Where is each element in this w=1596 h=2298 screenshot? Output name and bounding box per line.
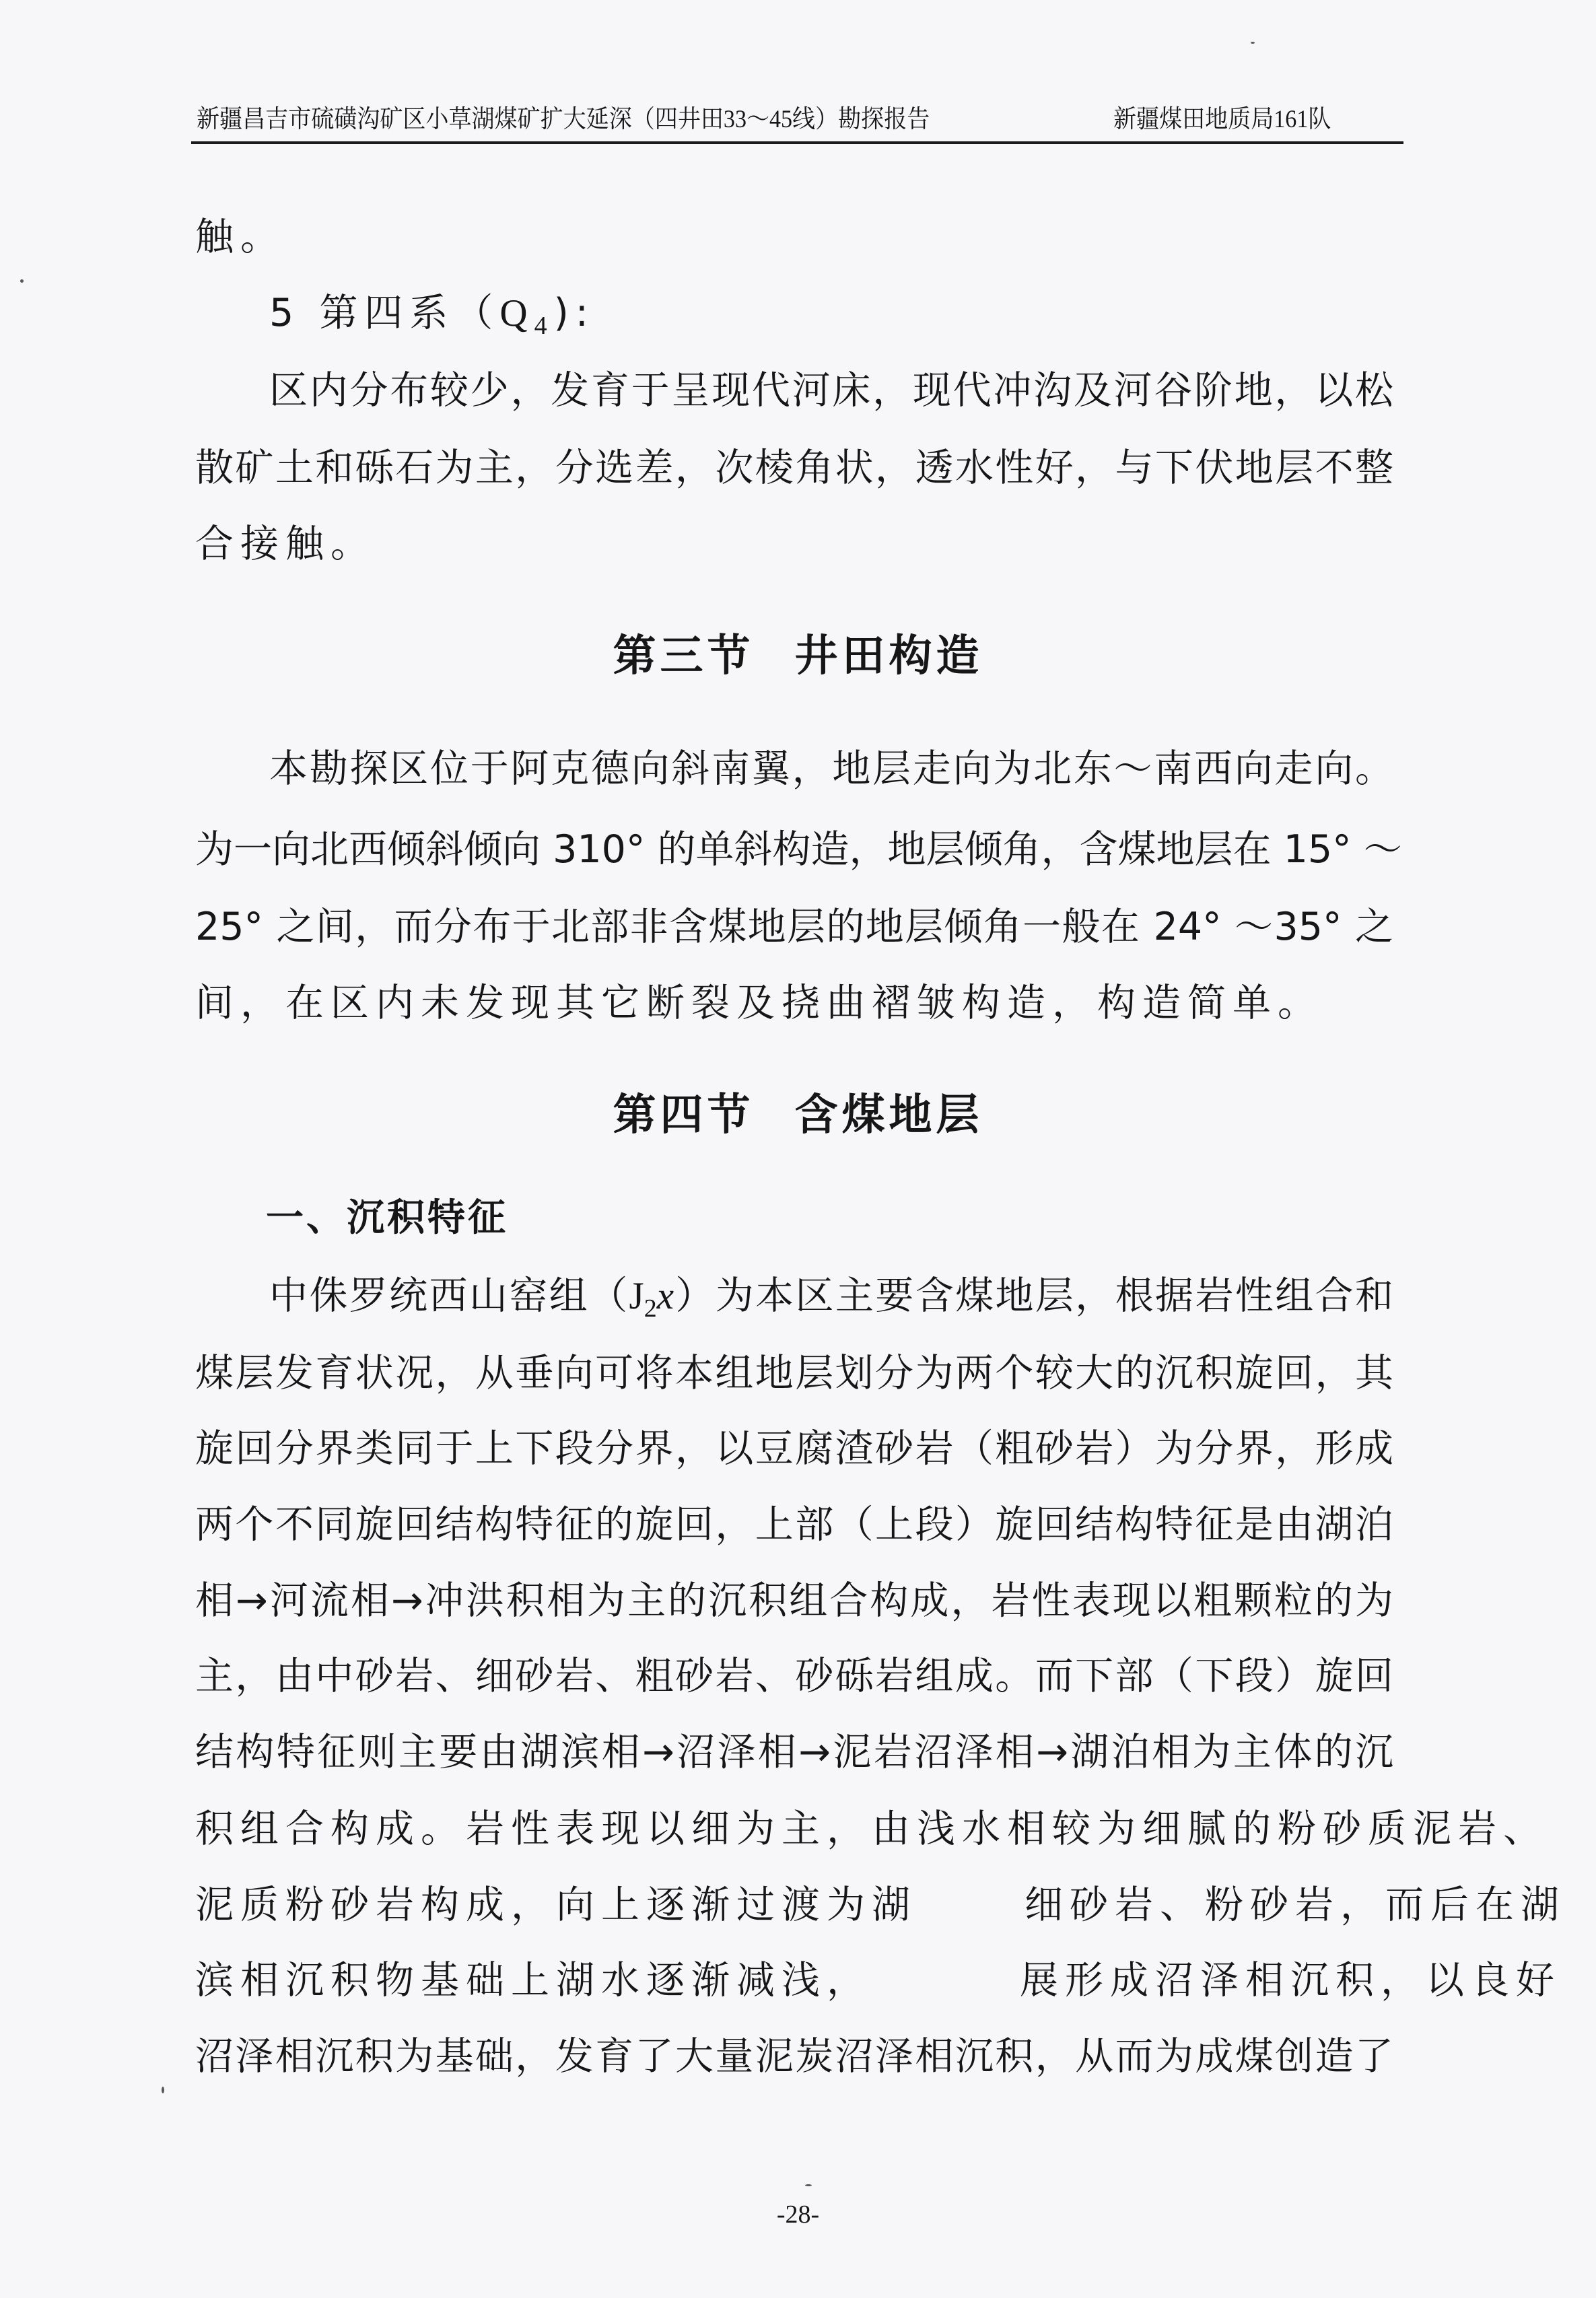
- scan-speck: [162, 2087, 164, 2093]
- quaternary-heading: 5 第四系（Q4):: [269, 286, 1393, 353]
- paragraph-line-damaged: 滨相沉积物基础上湖水逐渐减浅，展形成沼泽相沉积，以良好: [195, 1953, 1393, 2007]
- quaternary-heading-suffix: ):: [554, 291, 595, 335]
- subsection-heading: 一、沉积特征: [266, 1191, 508, 1245]
- paragraph-line: 沼泽相沉积为基础，发育了大量泥炭沼泽相沉积，从而为成煤创造了: [195, 2029, 1393, 2083]
- quaternary-symbol: Q: [499, 292, 534, 335]
- scan-speck: [1251, 42, 1255, 44]
- section-number: 第三节: [613, 631, 755, 681]
- section-title: 含煤地层: [795, 1090, 983, 1140]
- text-span: 泥质粉砂岩构成，向上逐渐过渡为湖: [195, 1883, 917, 1927]
- paragraph-line: 合接触。: [195, 517, 1393, 571]
- paragraph-line: 中侏罗统西山窑组（J2x）为本区主要含煤地层，根据岩性组合和: [269, 1269, 1393, 1335]
- paragraph-line: 为一向北西倾斜倾向 310° 的单斜构造，地层倾角，含煤地层在 15° ～: [195, 823, 1393, 876]
- paragraph-line: 积组合构成。岩性表现以细为主，由浅水相较为细腻的粉砂质泥岩、: [195, 1802, 1393, 1856]
- section-number: 第四节: [613, 1090, 755, 1140]
- paragraph-line: 结构特征则主要由湖滨相→沼泽相→泥岩沼泽相→湖泊相为主体的沉: [195, 1725, 1393, 1779]
- header-organization: 新疆煤田地质局161队: [1113, 98, 1331, 135]
- section-title: 井田构造: [795, 631, 983, 681]
- text-span: 细砂岩、粉砂岩，而后在湖: [1025, 1883, 1566, 1927]
- quaternary-symbol-subscript: 4: [534, 312, 554, 340]
- text-span: 展形成沼泽相沉积，以良好: [1020, 1958, 1561, 2003]
- running-header: 新疆昌吉市硫磺沟矿区小草湖煤矿扩大延深（四井田33～45线）勘探报告 新疆煤田地…: [191, 93, 1403, 144]
- formation-suffix: x: [657, 1275, 674, 1317]
- paragraph-line: 本勘探区位于阿克德向斜南翼，地层走向为北东～南西向走向。: [269, 742, 1393, 796]
- paragraph-line: 煤层发育状况，从垂向可将本组地层划分为两个较大的沉积旋回，其: [195, 1346, 1393, 1400]
- quaternary-heading-prefix: 5 第四系（: [269, 291, 499, 335]
- scan-speck: [20, 279, 24, 283]
- scan-speck: [805, 2184, 812, 2186]
- text-span: ）为本区主要含煤地层，根据岩性组合和: [674, 1274, 1393, 1318]
- paragraph-line: 相→河流相→冲洪积相为主的沉积组合构成，岩性表现以粗颗粒的为: [195, 1574, 1393, 1628]
- paragraph-line: 散矿土和砾石为主，分选差，次棱角状，透水性好，与下伏地层不整: [195, 441, 1393, 495]
- continuation-text: 触。: [195, 210, 1393, 264]
- paragraph-line: 两个不同旋回结构特征的旋回，上部（上段）旋回结构特征是由湖泊: [195, 1498, 1393, 1552]
- paragraph-line: 主，由中砂岩、细砂岩、粗砂岩、砂砾岩组成。而下部（下段）旋回: [195, 1649, 1393, 1703]
- text-span: 滨相沉积物基础上湖水逐渐减浅，: [195, 1958, 872, 2003]
- section-heading-structure: 第三节井田构造: [0, 626, 1596, 687]
- formation-symbol: J: [629, 1275, 644, 1317]
- paragraph-line: 旋回分界类同于上下段分界，以豆腐渣砂岩（粗砂岩）为分界，形成: [195, 1422, 1393, 1475]
- text-span: 中侏罗统西山窑组（: [269, 1274, 629, 1318]
- page-number: -28-: [0, 2200, 1596, 2229]
- section-heading-coal-strata: 第四节含煤地层: [0, 1085, 1596, 1146]
- header-report-title: 新疆昌吉市硫磺沟矿区小草湖煤矿扩大延深（四井田33～45线）勘探报告: [197, 98, 930, 135]
- paragraph-line: 区内分布较少，发育于呈现代河床，现代冲沟及河谷阶地，以松: [269, 363, 1393, 417]
- paragraph-line: 25° 之间，而分布于北部非含煤地层的地层倾角一般在 24° ～35° 之: [195, 900, 1393, 954]
- paragraph-line-damaged: 泥质粉砂岩构成，向上逐渐过渡为湖细砂岩、粉砂岩，而后在湖: [195, 1878, 1393, 1932]
- formation-subscript: 2: [644, 1294, 657, 1323]
- paragraph-line: 间，在区内未发现其它断裂及挠曲褶皱构造，构造简单。: [195, 976, 1393, 1030]
